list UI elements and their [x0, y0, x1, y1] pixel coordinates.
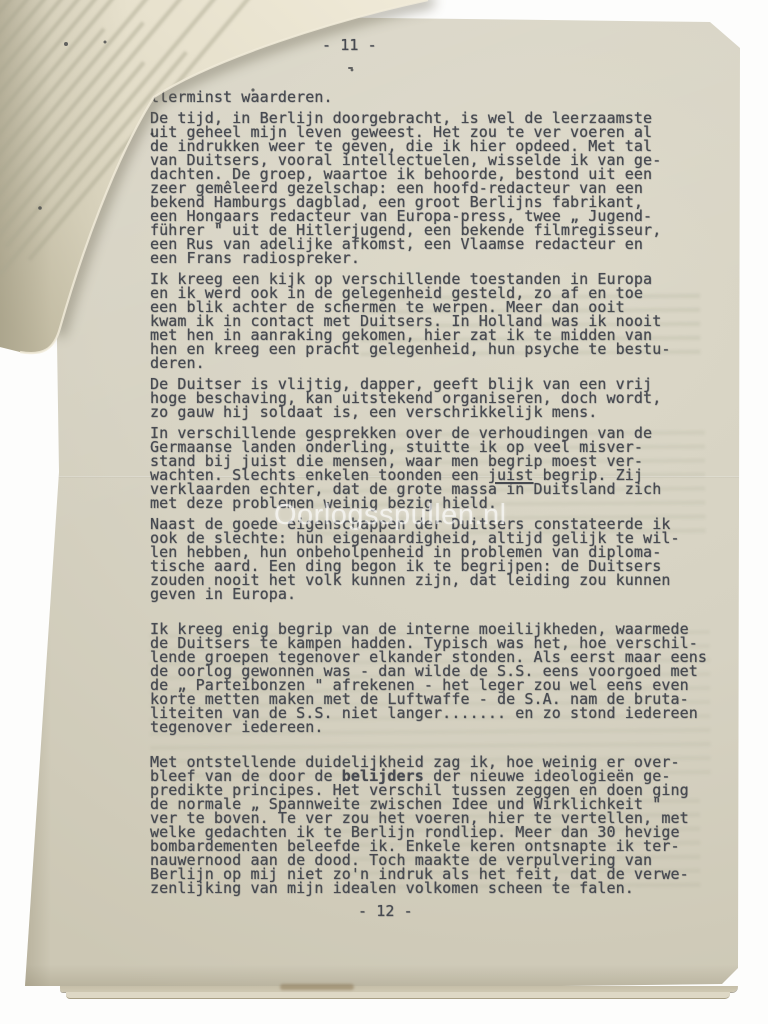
page-stack-edge	[66, 992, 730, 999]
typewritten-line: geven in Europa.	[150, 587, 728, 601]
typewritten-line: zenlijking van mijn idealen volkomen sch…	[150, 881, 728, 895]
typewritten-line: tegenover iedereen.	[150, 720, 728, 734]
typewritten-paragraph: Naast de goede eigenschappen der Duitser…	[150, 517, 728, 601]
typewritten-paragraph: In verschillende gesprekken over de verh…	[150, 426, 728, 510]
paper-stain	[280, 984, 354, 990]
typewritten-line: zo gauw hij soldaat is, een verschrikkel…	[150, 405, 728, 419]
typewritten-line: met deze problemen weinig bezig hield.	[150, 496, 728, 510]
photo-background: - 11 - llerminst waarderen. De tijd, in …	[0, 0, 768, 1024]
typewritten-paragraph: Ik kreeg enig begrip van de interne moei…	[150, 622, 728, 734]
folded-page-corner	[0, 0, 470, 390]
typewritten-paragraph: Met ontstellende duidelijkheid zag ik, h…	[150, 755, 728, 895]
page-number-bottom: - 12 -	[150, 904, 728, 918]
